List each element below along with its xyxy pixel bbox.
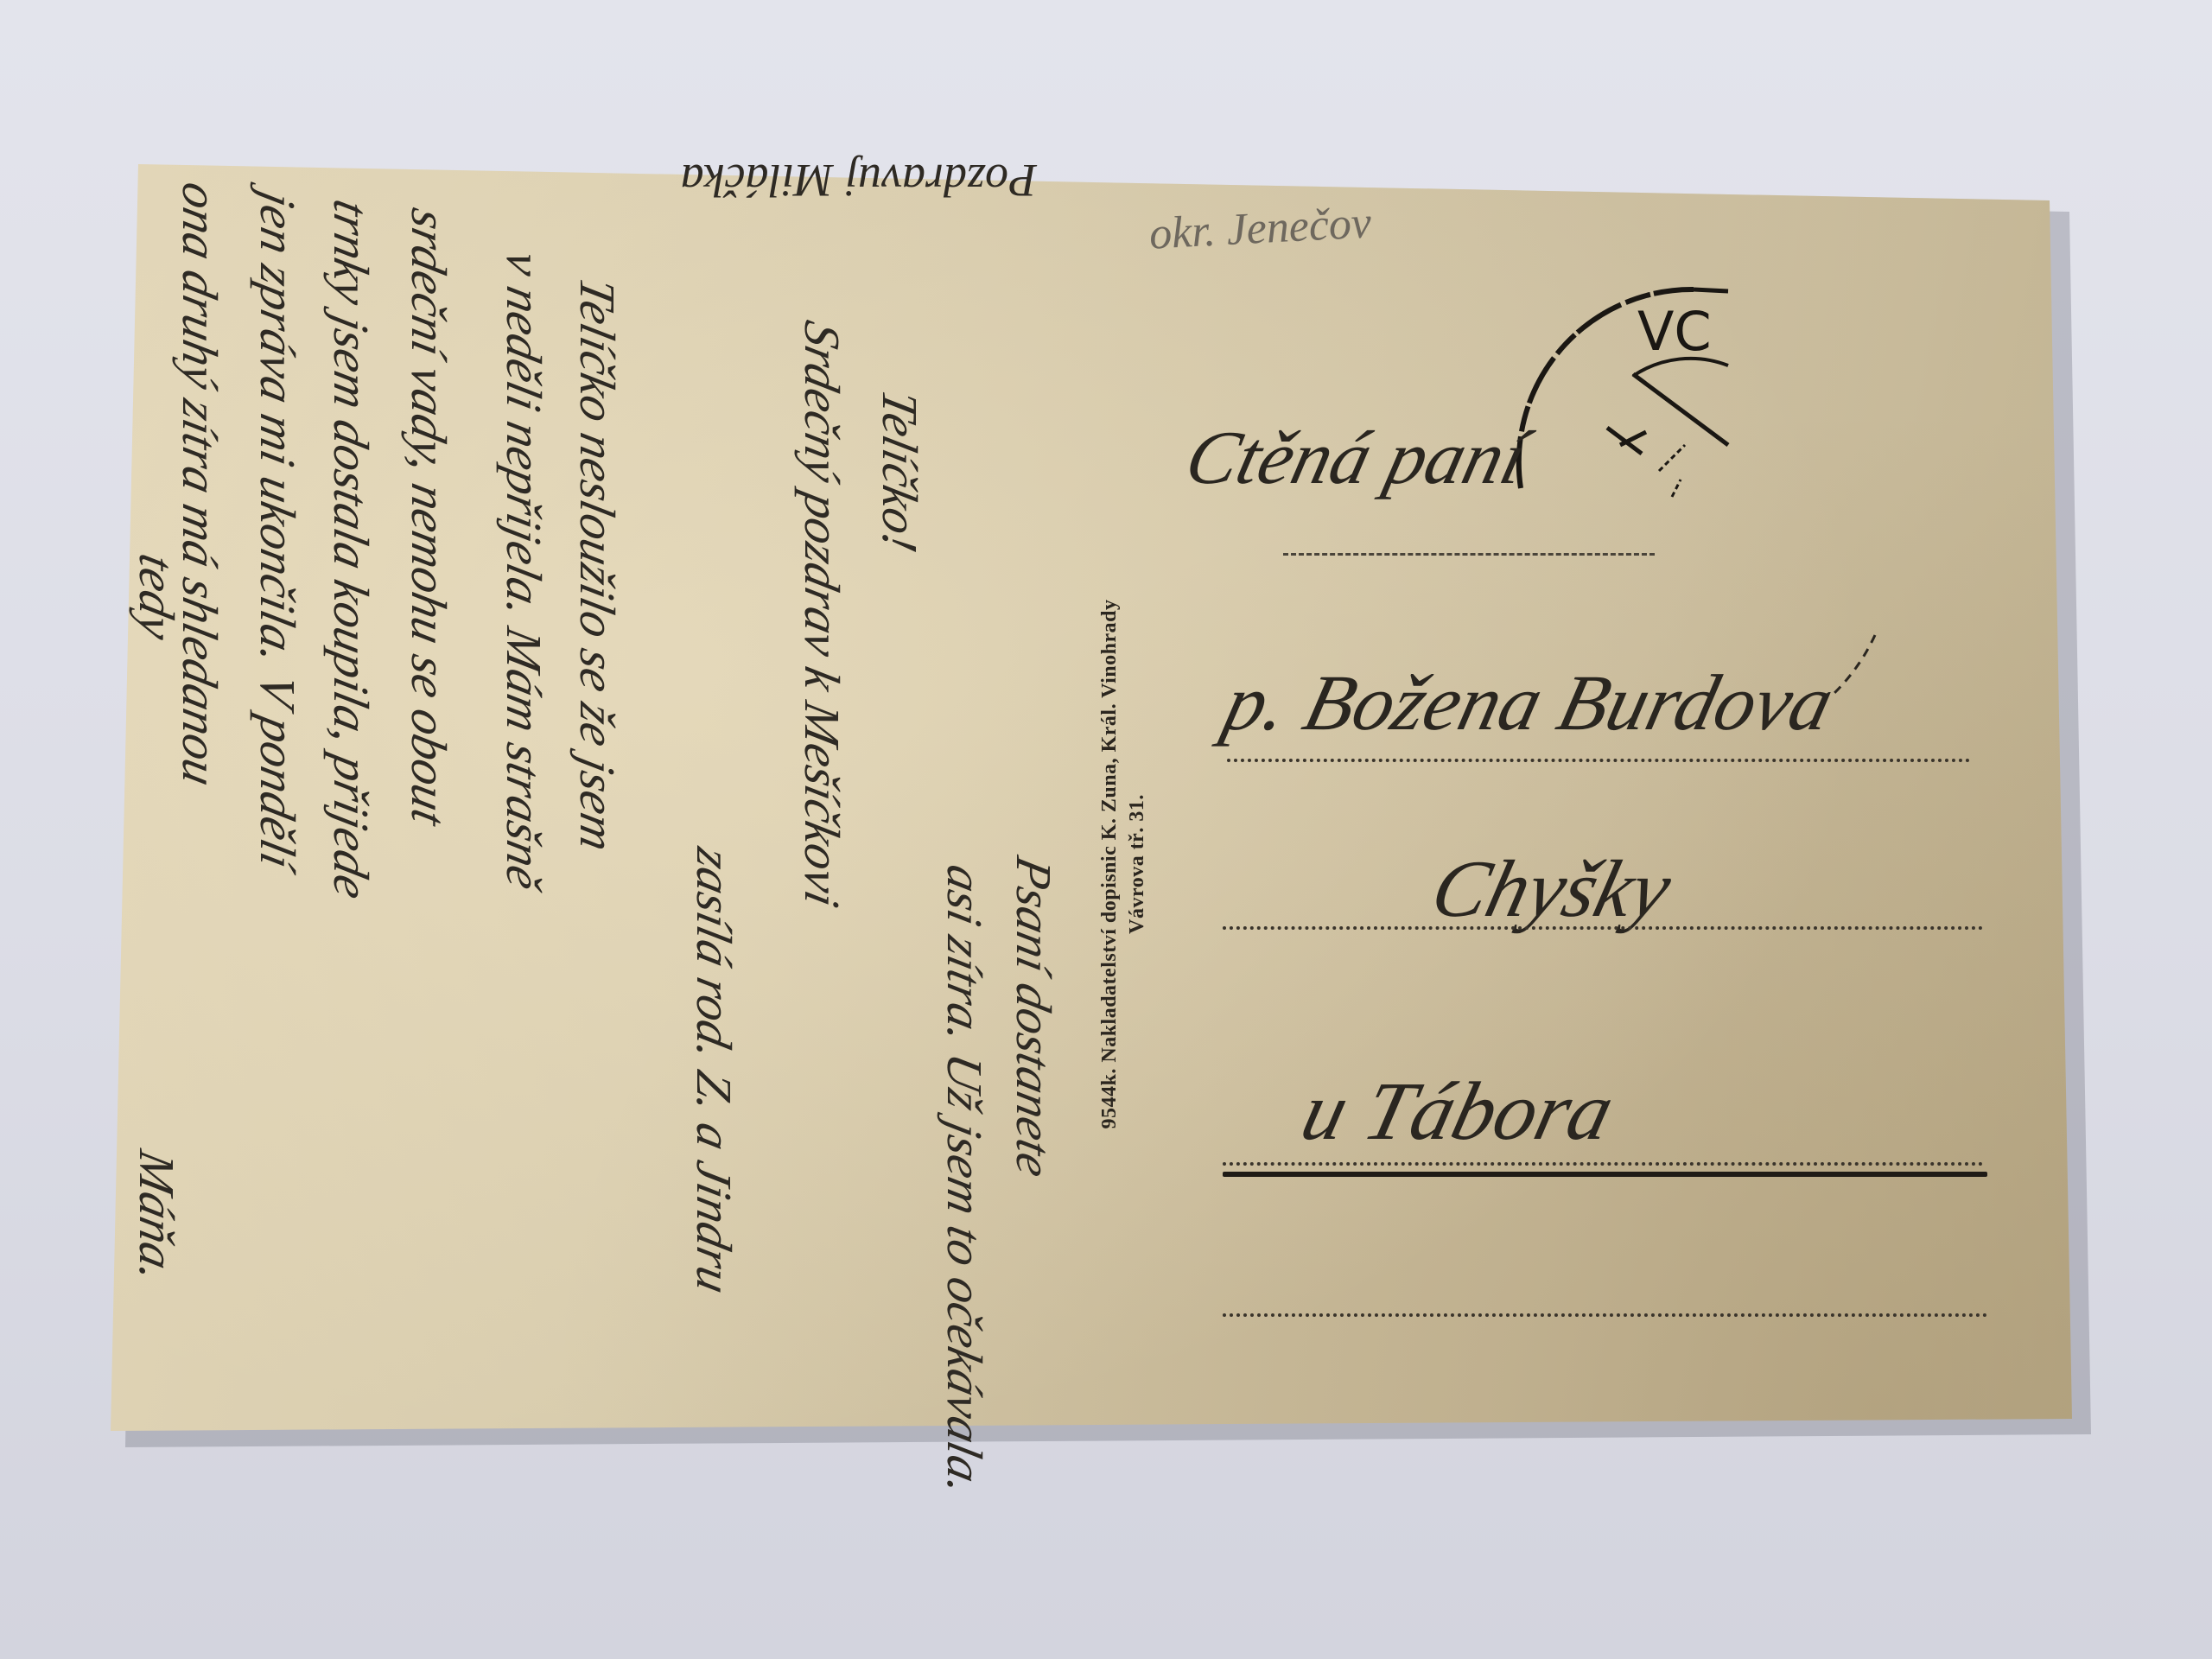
publisher-line-2: Vávrova tř. 31. xyxy=(1123,600,1151,1129)
message-line: jen zpráva mi ukončila. V pondělí xyxy=(249,187,307,874)
address-line-3 xyxy=(1223,926,1983,930)
message-line: zasílá rod. Z. a Jindru xyxy=(685,843,743,1300)
address-name: p. Božena Burdova xyxy=(1216,657,1843,748)
address-town: Chyšky xyxy=(1423,842,1681,936)
postmark-icon: VC xyxy=(1469,272,1901,704)
message-line: srdeční vady, nemohu se obout xyxy=(400,204,458,831)
address-salutation: Ctěná paní xyxy=(1177,415,1535,502)
address-line-1 xyxy=(1283,553,1655,556)
publisher-imprint: 9544k. Nakladatelství dopisnic K. Zuna, … xyxy=(1096,600,1151,1129)
message-line: asi zítra. Už jsem to očekávala. xyxy=(936,861,994,1501)
address-region: u Tábora xyxy=(1293,1063,1623,1159)
message-line: ona druhý zítra má shledanou xyxy=(171,178,229,791)
message-line: Telíčko! xyxy=(871,385,929,557)
message-line: Telíčko nesloužilo se že jsem xyxy=(569,273,626,857)
message-line: tedy xyxy=(128,550,186,645)
message-line: trnky jsem dostala koupila, přijede xyxy=(322,195,380,905)
address-line-2 xyxy=(1227,759,1970,762)
message-signature: Máňa. xyxy=(128,1146,186,1287)
upside-down-greeting: Pozdravuj Miláčka xyxy=(681,154,1037,207)
address-line-5 xyxy=(1223,1313,1987,1317)
message-line: Srdečný pozdrav k Mešíčkovi xyxy=(793,316,851,912)
svg-text:VC: VC xyxy=(1637,300,1712,363)
message-line: Psaní dostanete xyxy=(1005,852,1063,1183)
address-underline xyxy=(1223,1172,1987,1177)
publisher-line-1: 9544k. Nakladatelství dopisnic K. Zuna, … xyxy=(1096,600,1123,1129)
message-line: v neděli nepřijela. Mám strašně xyxy=(495,247,553,895)
address-line-4 xyxy=(1223,1162,1983,1166)
